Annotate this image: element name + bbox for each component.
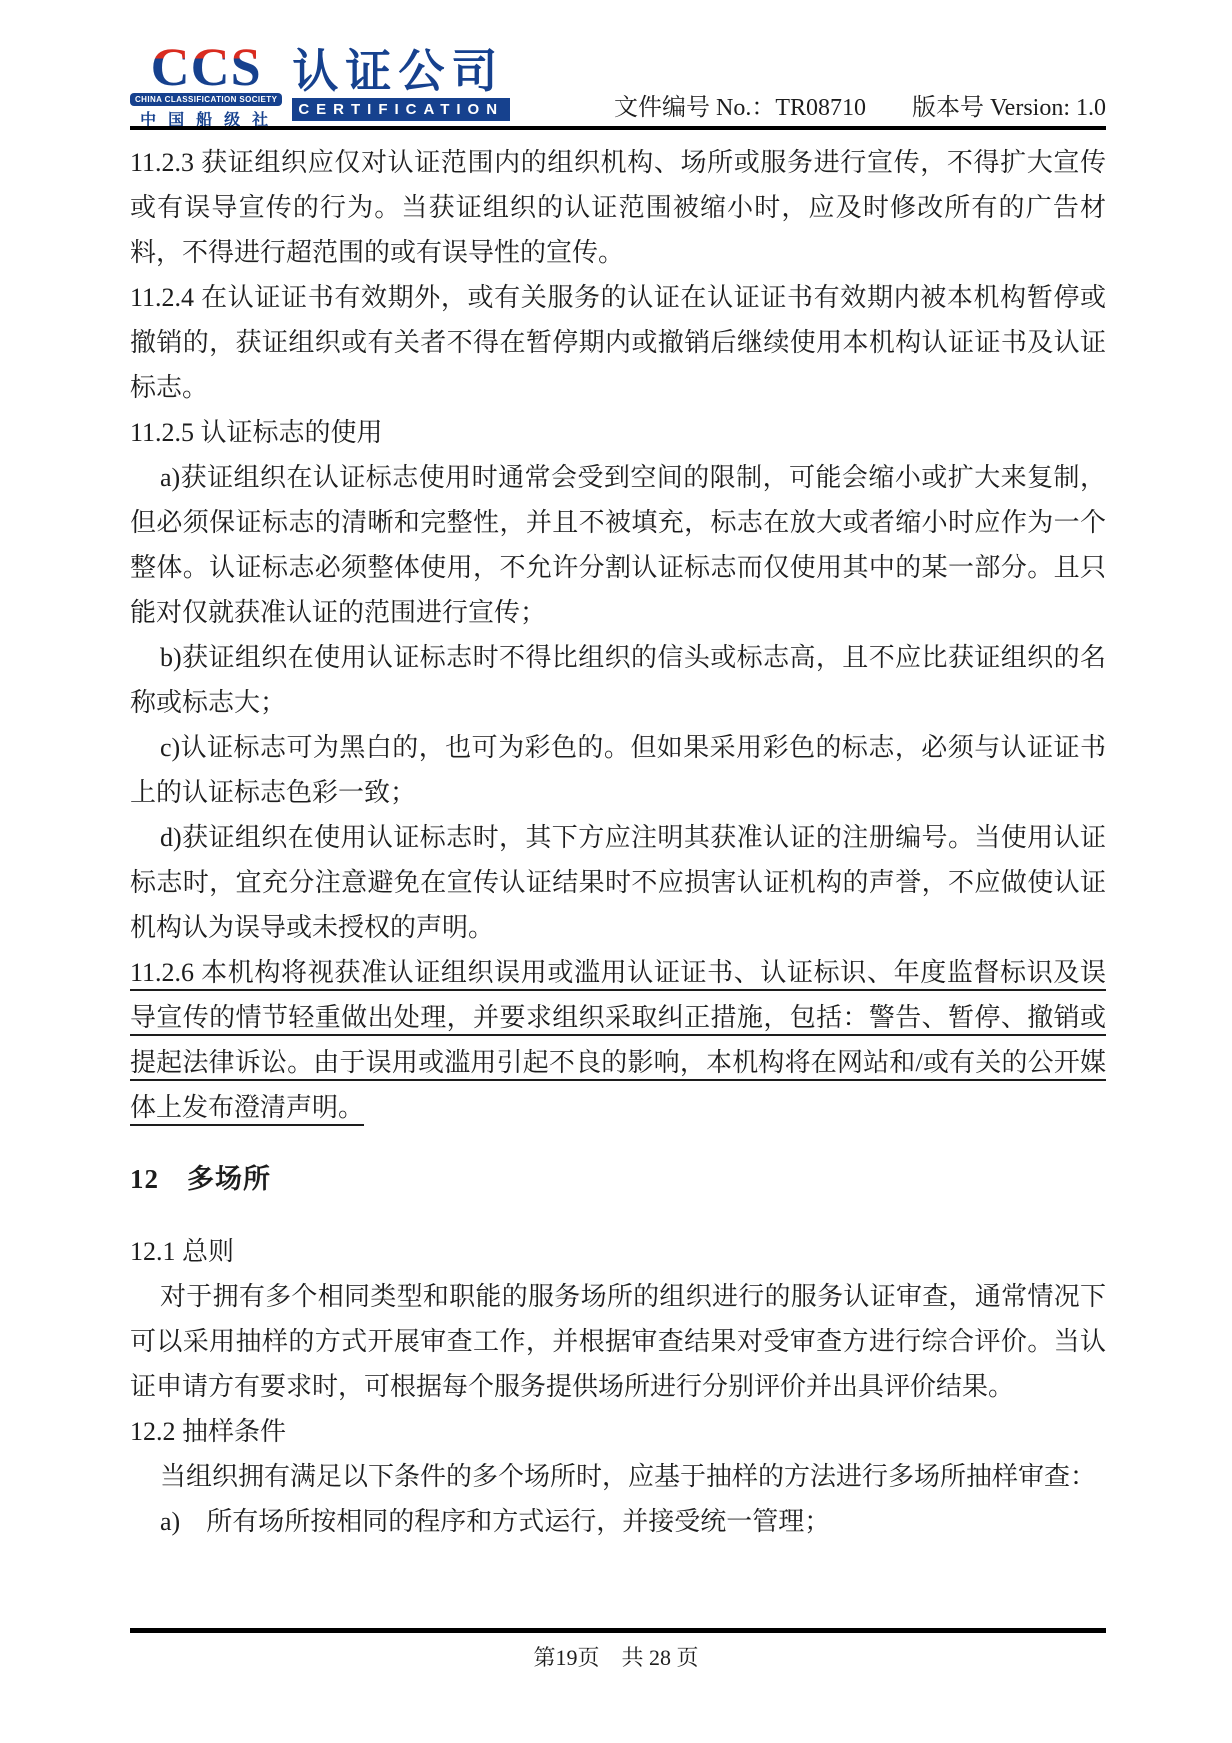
heading-12-1: 12.1 总则 [130,1229,1106,1274]
document-body: 11.2.3 获证组织应仅对认证范围内的组织机构、场所或服务进行宣传，不得扩大宣… [130,140,1106,1544]
para-11-2-6: 11.2.6 本机构将视获准认证组织误用或滥用认证证书、认证标识、年度监督标识及… [130,950,1106,1130]
certification-band: CERTIFICATION [292,98,510,121]
header-rule [130,126,1106,130]
page-header: CCS CHINA CLASSIFICATION SOCIETY 中 国 船 级… [130,44,1106,130]
footer-rule [130,1628,1106,1633]
para-11-2-3: 11.2.3 获证组织应仅对认证范围内的组织机构、场所或服务进行宣传，不得扩大宣… [130,140,1106,275]
heading-12-2: 12.2 抽样条件 [130,1409,1106,1454]
ccs-logo-left: CCS CHINA CLASSIFICATION SOCIETY 中 国 船 级… [130,44,282,130]
page-number: 第19页 共 28 页 [533,1645,698,1670]
para-11-2-5-a: a)获证组织在认证标志使用时通常会受到空间的限制，可能会缩小或扩大来复制，但必须… [130,455,1106,635]
society-name-en: CHINA CLASSIFICATION SOCIETY [130,93,282,106]
ccs-logo: CCS CHINA CLASSIFICATION SOCIETY 中 国 船 级… [130,44,510,130]
page-footer: 第19页 共 28 页 [0,1641,1232,1672]
para-12-1: 对于拥有多个相同类型和职能的服务场所的组织进行的服务认证审查，通常情况下可以采用… [130,1274,1106,1409]
document-page: CCS CHINA CLASSIFICATION SOCIETY 中 国 船 级… [0,0,1232,1743]
para-12-2-item-a: a) 所有场所按相同的程序和方式运行，并接受统一管理； [130,1499,1106,1544]
para-11-2-5-d: d)获证组织在使用认证标志时，其下方应注明其获准认证的注册编号。当使用认证标志时… [130,815,1106,950]
doc-number: 文件编号 No.：TR08710 [614,87,866,122]
para-12-2: 当组织拥有满足以下条件的多个场所时，应基于抽样的方法进行多场所抽样审查： [130,1454,1106,1499]
para-11-2-5-c: c)认证标志可为黑白的，也可为彩色的。但如果采用彩色的标志，必须与认证证书上的认… [130,725,1106,815]
heading-12: 12 多场所 [130,1157,1106,1202]
doc-meta: 文件编号 No.：TR08710 版本号 Version: 1.0 [614,87,1106,122]
company-name-cn: 认证公司 [292,49,510,95]
para-11-2-5-b: b)获证组织在使用认证标志时不得比组织的信头或标志高，且不应比获证组织的名称或标… [130,635,1106,725]
para-11-2-4: 11.2.4 在认证证书有效期外，或有关服务的认证在认证证书有效期内被本机构暂停… [130,275,1106,410]
heading-11-2-5: 11.2.5 认证标志的使用 [130,410,1106,455]
doc-version: 版本号 Version: 1.0 [912,87,1106,122]
ccs-logo-right: 认证公司 CERTIFICATION [292,49,510,121]
ccs-logo-icon: CCS [151,44,262,92]
